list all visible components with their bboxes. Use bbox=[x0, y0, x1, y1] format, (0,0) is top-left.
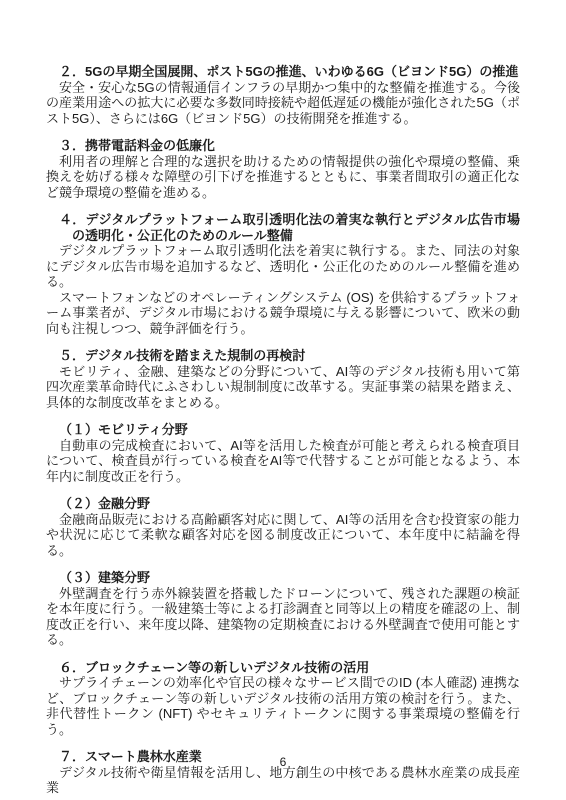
page-number: 6 bbox=[0, 755, 566, 771]
section-heading: ３．携帯電話料金の低廉化 bbox=[46, 138, 520, 154]
section-mobile-phone-fees: ３．携帯電話料金の低廉化 利用者の理解と合理的な選択を助けるための情報提供の強化… bbox=[46, 138, 520, 200]
section-heading: ６．ブロックチェーン等の新しいデジタル技術の活用 bbox=[46, 660, 520, 676]
document-content: ２．5Gの早期全国展開、ポスト5Gの推進、いわゆる6G（ビヨンド5G）の推進 安… bbox=[0, 0, 566, 796]
paragraph: 自動車の完成検査において、AI等を活用した検査が可能と考えられる検査項目について… bbox=[46, 438, 520, 485]
paragraph: スマートフォンなどのオペレーティングシステム (OS) を供給するプラットフォー… bbox=[46, 290, 520, 337]
paragraph: デジタルプラットフォーム取引透明化法を着実に執行する。また、同法の対象にデジタル… bbox=[46, 243, 520, 290]
paragraph: 金融商品販売における高齢顧客対応に関して、AI等の活用を含む投資家の能力や状況に… bbox=[46, 512, 520, 559]
section-platform-transparency-law: ４．デジタルプラットフォーム取引透明化法の着実な執行とデジタル広告市場の透明化・… bbox=[46, 212, 520, 336]
paragraph: モビリティ、金融、建築などの分野について、AI等のデジタル技術も用いて第四次産業… bbox=[46, 364, 520, 411]
section-5g-deployment: ２．5Gの早期全国展開、ポスト5Gの推進、いわゆる6G（ビヨンド5G）の推進 安… bbox=[46, 64, 520, 126]
section-heading: ２．5Gの早期全国展開、ポスト5Gの推進、いわゆる6G（ビヨンド5G）の推進 bbox=[46, 64, 520, 80]
subsection-heading: （１）モビリティ分野 bbox=[46, 422, 520, 438]
subsection-heading: （２）金融分野 bbox=[46, 496, 520, 512]
document-page: ２．5Gの早期全国展開、ポスト5Gの推進、いわゆる6G（ビヨンド5G）の推進 安… bbox=[0, 0, 566, 800]
subsection-mobility: （１）モビリティ分野 自動車の完成検査において、AI等を活用した検査が可能と考え… bbox=[46, 422, 520, 484]
section-blockchain: ６．ブロックチェーン等の新しいデジタル技術の活用 サプライチェーンの効率化や官民… bbox=[46, 660, 520, 738]
section-heading: ４．デジタルプラットフォーム取引透明化法の着実な執行とデジタル広告市場の透明化・… bbox=[46, 212, 520, 243]
paragraph: 利用者の理解と合理的な選択を助けるための情報提供の強化や環境の整備、乗換えを妨げ… bbox=[46, 154, 520, 201]
paragraph: 安全・安心な5Gの情報通信インフラの早期かつ集中的な整備を推進する。今後の産業用… bbox=[46, 80, 520, 127]
section-heading: ５．デジタル技術を踏まえた規制の再検討 bbox=[46, 348, 520, 364]
section-regulation-review: ５．デジタル技術を踏まえた規制の再検討 モビリティ、金融、建築などの分野について… bbox=[46, 348, 520, 410]
paragraph: 外壁調査を行う赤外線装置を搭載したドローンについて、残された課題の検証を本年度に… bbox=[46, 586, 520, 648]
subsection-heading: （３）建築分野 bbox=[46, 570, 520, 586]
paragraph: サプライチェーンの効率化や官民の様々なサービス間でのID (本人確認) 連携など… bbox=[46, 675, 520, 737]
subsection-finance: （２）金融分野 金融商品販売における高齢顧客対応に関して、AI等の活用を含む投資… bbox=[46, 496, 520, 558]
subsection-architecture: （３）建築分野 外壁調査を行う赤外線装置を搭載したドローンについて、残された課題… bbox=[46, 570, 520, 648]
